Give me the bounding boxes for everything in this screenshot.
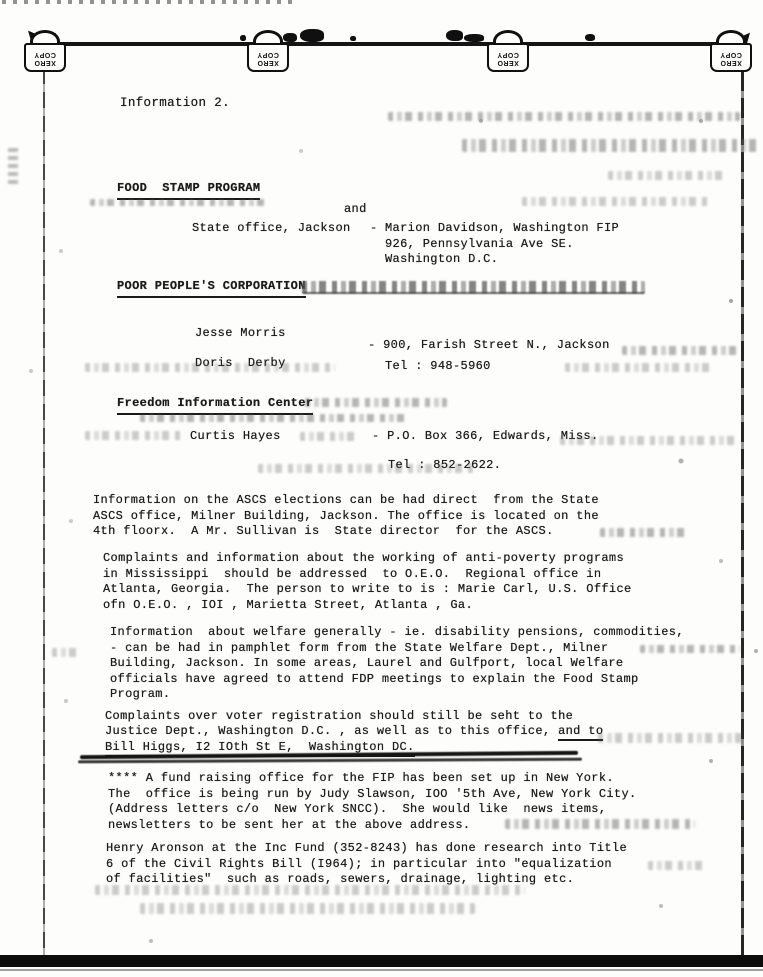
bleed-through-smudge <box>560 436 735 445</box>
contact-address-block: Marion Davidson, Washington FIP 926, Pen… <box>385 221 619 268</box>
paragraph-voter-registration-line2: Justice Dept., Washington D.C. , as well… <box>105 724 603 740</box>
bleed-through-smudge <box>258 464 473 473</box>
stamp-label-box: XEROCOPY <box>487 43 529 72</box>
ink-smudge <box>140 414 405 422</box>
contact-name: Curtis Hayes <box>190 429 281 445</box>
bleed-through-smudge <box>522 197 710 206</box>
margin-smudge <box>52 648 82 657</box>
ink-smudge <box>600 528 690 537</box>
bleed-through-smudge <box>598 733 746 743</box>
ink-smudge <box>640 645 740 653</box>
bleed-through-smudge <box>388 112 740 121</box>
ink-smudge <box>505 819 695 829</box>
ink-blot <box>350 36 356 41</box>
section-heading-poor-peoples: POOR PEOPLE'S CORPORATION <box>117 279 306 298</box>
ink-smudge <box>305 398 447 407</box>
ink-blot <box>585 34 595 41</box>
contact-name: Jesse Morris <box>195 326 286 342</box>
stamp-text-copy: COPY <box>497 50 519 58</box>
ink-smudge <box>90 199 265 206</box>
bleed-through-smudge <box>85 431 183 440</box>
ink-smudge <box>622 346 740 355</box>
ink-blot <box>446 30 463 41</box>
paragraph-welfare-info: Information about welfare generally - ie… <box>110 625 684 703</box>
bleed-through-smudge <box>140 903 475 914</box>
underlined-phrase: and to <box>558 724 603 741</box>
stamp-text-xero: XERO <box>497 58 519 66</box>
bleed-through-smudge <box>565 363 715 372</box>
page-right-edge-line <box>741 44 744 956</box>
paragraph-ascs-elections: Information on the ASCS elections can be… <box>93 493 599 540</box>
stamp-text-copy: COPY <box>720 50 742 58</box>
page-left-edge-line <box>43 44 45 956</box>
ink-smudge <box>648 861 706 870</box>
ink-blot <box>300 29 324 42</box>
bleed-through-smudge <box>95 885 525 895</box>
bottom-scan-bar <box>0 955 763 967</box>
page-label: Information 2. <box>120 96 230 112</box>
contact-tel: Tel : 948-5960 <box>385 359 491 375</box>
smudged-underline-extension <box>302 281 645 294</box>
section-heading-food-stamp: FOOD STAMP PROGRAM <box>117 181 260 200</box>
section-heading-freedom-info: Freedom Information Center <box>117 396 313 415</box>
top-dotted-scan-line <box>2 0 294 4</box>
xero-copy-stamp: XEROCOPY <box>487 30 529 72</box>
xero-copy-stamp: XEROCOPY <box>24 30 66 72</box>
stamp-label-box: XEROCOPY <box>710 43 752 72</box>
stamp-text-xero: XERO <box>257 58 279 66</box>
stamp-text-copy: COPY <box>34 50 56 58</box>
paragraph-henry-aronson: Henry Aronson at the Inc Fund (352-8243)… <box>106 841 627 888</box>
bleed-through-smudge <box>85 363 335 372</box>
bleed-through-smudge <box>608 171 726 180</box>
stamp-text-xero: XERO <box>720 58 742 66</box>
bottom-scan-bar-shadow <box>0 969 763 971</box>
stamp-label-box: XEROCOPY <box>24 43 66 72</box>
connector-and: and <box>344 202 367 218</box>
stamp-text-copy: COPY <box>257 50 279 58</box>
bleed-through-smudge <box>300 432 360 441</box>
scanned-document-page: XEROCOPY XEROCOPY XEROCOPY XEROCOPY Info… <box>0 0 763 977</box>
margin-smudge <box>8 148 18 188</box>
ink-blot <box>464 34 484 42</box>
stamp-text-xero: XERO <box>34 58 56 66</box>
page-top-edge-line <box>42 42 744 46</box>
paper-specks <box>0 0 2 2</box>
contact-address: - 900, Farish Street N., Jackson <box>368 338 610 354</box>
xero-copy-stamp: XEROCOPY <box>247 30 289 72</box>
contact-row-label: State office, Jackson <box>192 221 351 237</box>
paragraph-voter-registration-line1: Complaints over voter registration shoul… <box>105 709 573 725</box>
dash-separator: - <box>370 221 378 237</box>
xero-copy-stamp: XEROCOPY <box>710 30 752 72</box>
stamp-label-box: XEROCOPY <box>247 43 289 72</box>
paragraph-oeo-complaints: Complaints and information about the wor… <box>103 551 632 613</box>
bleed-through-smudge <box>462 139 760 152</box>
ink-blot <box>240 35 246 41</box>
